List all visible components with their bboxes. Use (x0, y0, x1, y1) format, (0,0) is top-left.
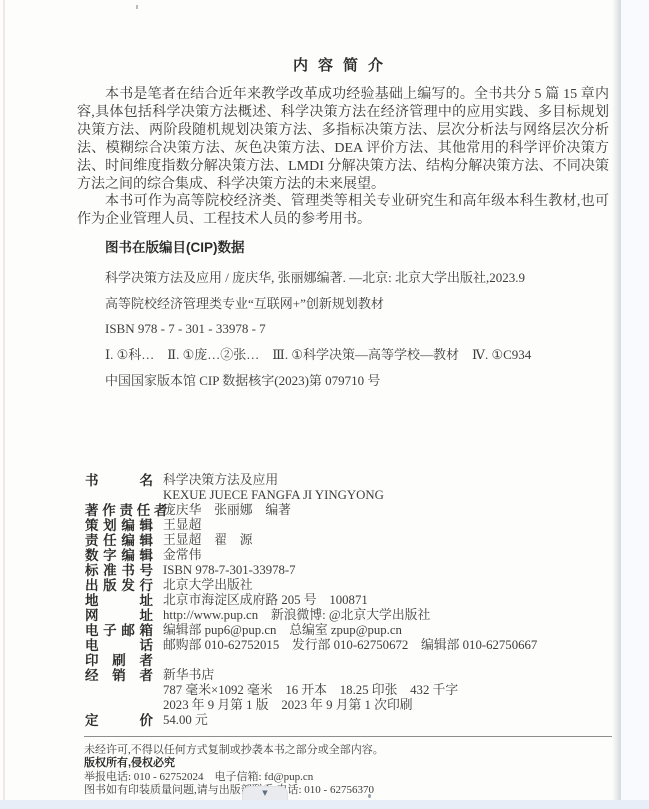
table-row: 策 划 编 辑王显超 (85, 518, 615, 533)
table-row: 网 址http://www.pup.cn 新浪微博: @北京大学出版社 (85, 608, 615, 623)
report-contact-line: 举报电话: 010 - 62752024 电子信箱: fd@pup.cn (84, 771, 616, 784)
row-label: 定 价 (85, 713, 153, 728)
summary-title: 内容简介 (77, 54, 609, 75)
chevron-down-icon: ▼ (262, 790, 267, 797)
cip-block: 图书在版编目(CIP)数据 科学决策方法及应用 / 庞庆华, 张丽娜编著. —北… (105, 236, 610, 394)
row-label: 印 刷 者 (85, 653, 153, 668)
scan-speck (136, 5, 138, 9)
row-label: 电 子 邮 箱 (85, 623, 153, 638)
row-label: 网 址 (85, 608, 153, 623)
table-row: 责 任 编 辑王显超 翟 源 (85, 533, 615, 548)
viewer-bottom-bar (0, 800, 649, 809)
row-value: 新华书店 (163, 668, 214, 683)
summary-paragraph-2: 本书可作为高等院校经济类、管理类等相关专业研究生和高年级本科生教材,也可作为企业… (77, 193, 609, 229)
copy-prohibition-notice: 未经许可,不得以任何方式复制或抄袭本书之部分或全部内容。 (84, 744, 616, 757)
row-value: 庞庆华 张丽娜 编著 (163, 503, 291, 518)
row-label: 策 划 编 辑 (85, 518, 153, 533)
row-label: 数 字 编 辑 (85, 548, 153, 563)
row-label: 著 作 责 任 者 (85, 503, 153, 518)
table-row: 787 毫米×1092 毫米 16 开本 18.25 印张 432 千字 (85, 683, 615, 698)
row-value: 北京大学出版社 (163, 578, 253, 593)
footer-divider (84, 736, 612, 737)
scan-speck (368, 794, 371, 798)
row-label: 标 准 书 号 (85, 563, 153, 578)
table-row: 出 版 发 行北京大学出版社 (85, 578, 615, 593)
table-row: 地 址北京市海淀区成府路 205 号 100871 (85, 593, 615, 608)
row-value: KEXUE JUECE FANGFA JI YINGYONG (163, 488, 384, 503)
copyright-footer: 未经许可,不得以任何方式复制或抄袭本书之部分或全部内容。 版权所有,侵权必究 举… (84, 744, 616, 798)
scan-left-edge-line (3, 0, 5, 809)
cip-record-number-line: 中国国家版本馆 CIP 数据核字(2023)第 079710 号 (105, 368, 610, 394)
cip-isbn-line: ISBN 978 - 7 - 301 - 33978 - 7 (105, 316, 610, 342)
cip-heading: 图书在版编目(CIP)数据 (105, 236, 610, 256)
row-value: 787 毫米×1092 毫米 16 开本 18.25 印张 432 千字 (163, 683, 458, 698)
table-row: 经 销 者新华书店 (85, 668, 615, 683)
cip-classification-line: Ⅰ. ①科… Ⅱ. ①庞…②张… Ⅲ. ①科学决策—高等学校—教材 Ⅳ. ①C9… (105, 342, 610, 368)
colophon-table: 书 名科学决策方法及应用 KEXUE JUECE FANGFA JI YINGY… (85, 473, 615, 728)
row-value: 王显超 (163, 518, 201, 533)
cip-series-line: 高等院校经济管理类专业“互联网+”创新规划教材 (105, 291, 610, 317)
summary-paragraph-1: 本书是笔者在结合近年来教学改革成功经验基础上编写的。全书共分 5 篇 15 章内… (77, 86, 609, 193)
table-row: 数 字 编 辑金常伟 (85, 548, 615, 563)
row-value: 科学决策方法及应用 (163, 473, 278, 488)
table-row: 2023 年 9 月第 1 版 2023 年 9 月第 1 次印刷 (85, 698, 615, 713)
table-row: 著 作 责 任 者庞庆华 张丽娜 编著 (85, 503, 615, 518)
row-label: 经 销 者 (85, 668, 153, 683)
collapse-panel-tab[interactable]: ▼ (242, 786, 288, 800)
book-copyright-page: 内容简介 本书是笔者在结合近年来教学改革成功经验基础上编写的。全书共分 5 篇 … (0, 0, 649, 809)
table-row: KEXUE JUECE FANGFA JI YINGYONG (85, 488, 615, 503)
row-value: http://www.pup.cn 新浪微博: @北京大学出版社 (163, 608, 430, 623)
row-value: 北京市海淀区成府路 205 号 100871 (163, 593, 368, 608)
row-label: 书 名 (85, 473, 153, 488)
table-row: 印 刷 者 (85, 653, 615, 668)
quality-contact-line: 图书如有印装质量问题,请与出版部联系,电话: 010 - 62756370 (84, 784, 616, 797)
table-row: 书 名科学决策方法及应用 (85, 473, 615, 488)
row-value: 编辑部 pup6@pup.cn 总编室 zpup@pup.cn (163, 623, 402, 638)
table-row: 定 价54.00 元 (85, 713, 615, 728)
row-label: 电 话 (85, 638, 153, 653)
row-value: 邮购部 010-62752015 发行部 010-62750672 编辑部 01… (163, 638, 537, 653)
table-row: 电 子 邮 箱编辑部 pup6@pup.cn 总编室 zpup@pup.cn (85, 623, 615, 638)
row-value: 王显超 翟 源 (163, 533, 253, 548)
row-value: 54.00 元 (163, 713, 208, 728)
row-label: 责 任 编 辑 (85, 533, 153, 548)
cip-title-line: 科学决策方法及应用 / 庞庆华, 张丽娜编著. —北京: 北京大学出版社,202… (105, 265, 610, 291)
row-value: 2023 年 9 月第 1 版 2023 年 9 月第 1 次印刷 (163, 698, 413, 713)
summary-block: 本书是笔者在结合近年来教学改革成功经验基础上编写的。全书共分 5 篇 15 章内… (77, 86, 609, 229)
row-label: 地 址 (85, 593, 153, 608)
table-row: 电 话邮购部 010-62752015 发行部 010-62750672 编辑部… (85, 638, 615, 653)
scan-right-margin (621, 0, 649, 809)
row-value: 金常伟 (163, 548, 201, 563)
rights-reserved-line: 版权所有,侵权必究 (84, 757, 616, 770)
row-label: 出 版 发 行 (85, 578, 153, 593)
table-row: 标 准 书 号ISBN 978-7-301-33978-7 (85, 563, 615, 578)
row-value: ISBN 978-7-301-33978-7 (163, 563, 296, 578)
